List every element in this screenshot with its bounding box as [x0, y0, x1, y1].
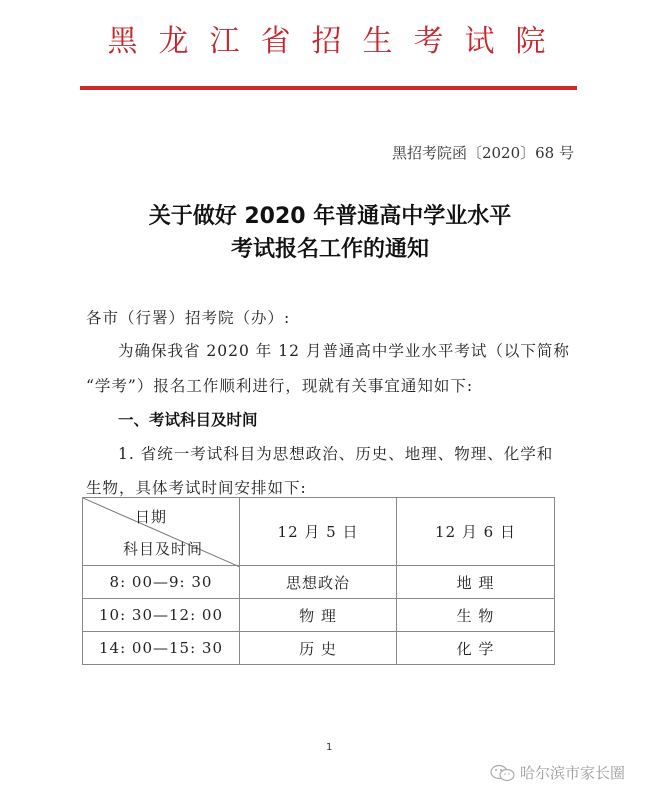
exam-schedule-table: 日期 科目及时间 12 月 5 日 12 月 6 日 8: 00—9: 30 思…: [82, 497, 555, 665]
letterhead-red-rule: [80, 86, 577, 90]
paragraph-1-line-2: “学考”）报名工作顺利进行，现就有关事宜通知如下:: [86, 374, 473, 396]
paragraph-1-line-1: 为确保我省 2020 年 12 月普通高中学业水平考试（以下简称: [118, 339, 570, 361]
table-row: 10: 30—12: 00 物 理 生 物: [83, 599, 555, 632]
document-title: 关于做好 2020 年普通高中学业水平 考试报名工作的通知: [0, 200, 660, 266]
subject-cell: 历 史: [240, 632, 397, 665]
time-cell: 10: 30—12: 00: [83, 599, 240, 632]
subject-cell: 思想政治: [240, 566, 397, 599]
subject-cell: 地 理: [397, 566, 555, 599]
date-header-cell: 12 月 5 日: [240, 498, 397, 566]
title-line-1: 关于做好 2020 年普通高中学业水平: [0, 200, 660, 233]
watermark: 哈尔滨市家长圈: [490, 762, 625, 783]
section-heading-1: 一、考试科目及时间: [118, 408, 258, 430]
title-line-2: 考试报名工作的通知: [0, 233, 660, 266]
corner-label-subject-time: 科目及时间: [123, 538, 203, 559]
wechat-icon: [490, 764, 516, 782]
table-header-row: 日期 科目及时间 12 月 5 日 12 月 6 日: [83, 498, 555, 566]
org-letterhead-title: 黑龙江省招生考试院: [0, 16, 660, 60]
time-cell: 14: 00—15: 30: [83, 632, 240, 665]
paragraph-2-line-2: 生物，具体考试时间安排如下:: [86, 476, 307, 498]
subject-cell: 化 学: [397, 632, 555, 665]
corner-label-date: 日期: [135, 506, 167, 527]
diagonal-corner-cell: 日期 科目及时间: [83, 498, 240, 566]
time-cell: 8: 00—9: 30: [83, 566, 240, 599]
watermark-text: 哈尔滨市家长圈: [520, 762, 625, 783]
subject-cell: 生 物: [397, 599, 555, 632]
paragraph-2-line-1: 1. 省统一考试科目为思想政治、历史、地理、物理、化学和: [118, 442, 553, 464]
date-header-cell: 12 月 6 日: [397, 498, 555, 566]
subject-cell: 物 理: [240, 599, 397, 632]
table-row: 8: 00—9: 30 思想政治 地 理: [83, 566, 555, 599]
document-number: 黑招考院函〔2020〕68 号: [392, 142, 574, 163]
table-row: 14: 00—15: 30 历 史 化 学: [83, 632, 555, 665]
salutation: 各市（行署）招考院（办）:: [86, 306, 290, 328]
page-number: 1: [326, 742, 332, 753]
